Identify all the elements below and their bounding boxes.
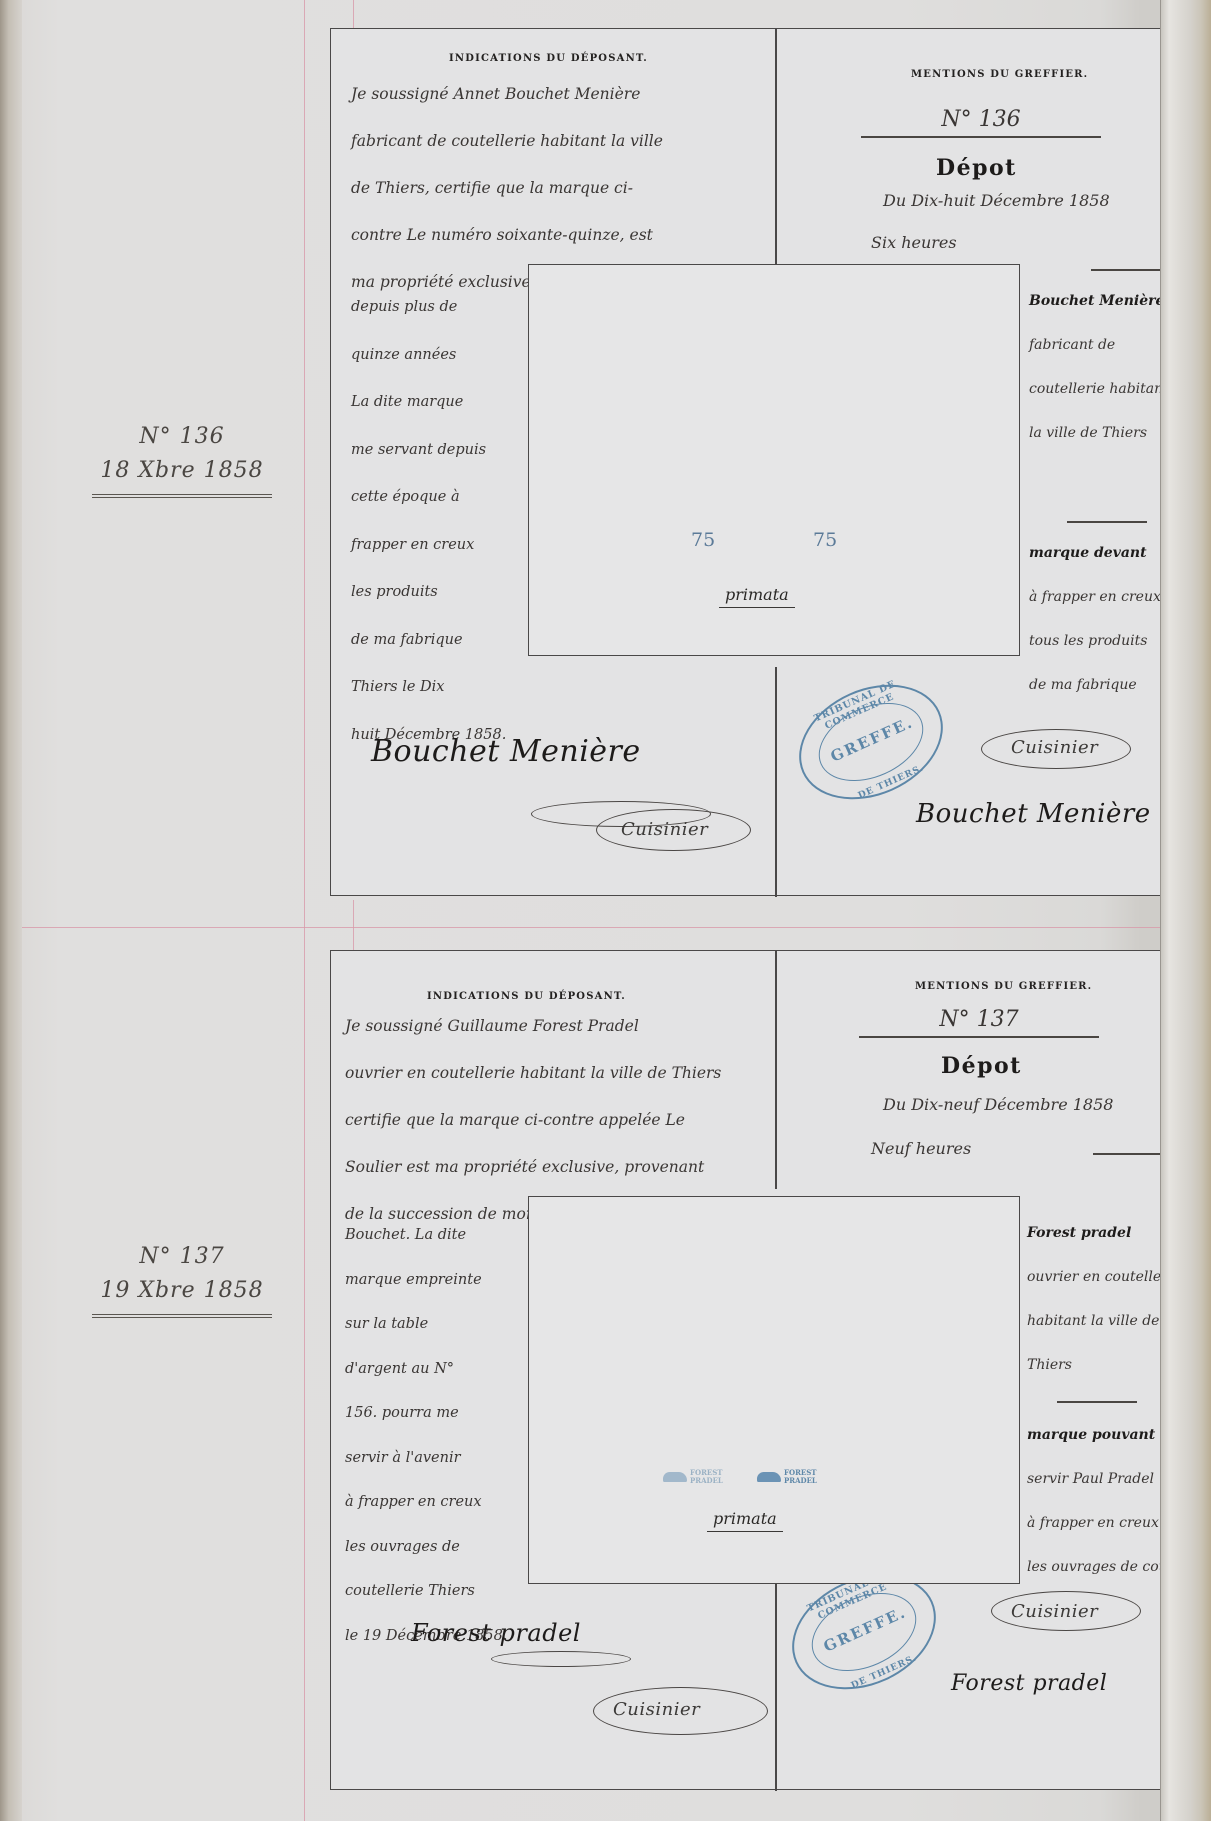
greffier-depositor-note: Bouchet Menière fabricant de coutellerie… [1029, 279, 1169, 455]
trademark-impression-box-137: FOREST PRADEL FOREST PRADEL primata [528, 1196, 1020, 1584]
mark-stamp-number: 75 [691, 529, 715, 551]
depositant-text-narrow: depuis plus de quinze années La dite mar… [351, 284, 506, 759]
depositor-signature: Bouchet Menière [371, 734, 641, 769]
depositant-heading: INDICATIONS DU DÉPOSANT. [449, 53, 648, 64]
margin-ref-date: 19 Xbre 1858 [92, 1274, 272, 1308]
shoe-icon [663, 1472, 687, 1482]
margin-ref-number: N° 136 [92, 420, 272, 454]
greffier-depositor-signature: Bouchet Menière [916, 799, 1151, 829]
ruled-line [1057, 1401, 1137, 1403]
register-page: N° 136 18 Xbre 1858 INDICATIONS DU DÉPOS… [0, 0, 1211, 1821]
greffier-depositor-note: Forest pradel ouvrier en coutellerie hab… [1027, 1211, 1181, 1387]
depositor-signature: Forest pradel [411, 1619, 581, 1647]
depot-time: Six heures [871, 219, 957, 266]
clerk-signature-flourish [593, 1687, 768, 1735]
greffier-entry-number: N° 137 [859, 1007, 1099, 1038]
greffe-stamp: TRIBUNAL DE COMMERCE GREFFE. DE THIERS. [781, 663, 961, 821]
ruled-line [1067, 521, 1147, 523]
greffier-entry-number: N° 136 [861, 107, 1101, 138]
margin-reference-entry-137: N° 137 19 Xbre 1858 [92, 1240, 272, 1318]
page-edges-right [1160, 0, 1211, 1821]
column-divider [775, 1573, 777, 1791]
depositant-text-narrow: Bouchet. La dite marque empreinte sur la… [345, 1213, 507, 1658]
greffier-heading: MENTIONS DU GREFFIER. [911, 69, 1088, 80]
clerk-signature-flourish [596, 809, 751, 851]
entry-separator-line [22, 927, 1162, 928]
double-underline [92, 494, 272, 498]
shoe-icon [757, 1472, 781, 1482]
shoe-mark-stamp: FOREST PRADEL [663, 1469, 730, 1485]
clerk-signature-flourish [991, 1591, 1141, 1631]
greffier-usage-note: marque devant à frapper en creux tous le… [1029, 531, 1161, 707]
depositant-heading: INDICATIONS DU DÉPOSANT. [427, 991, 626, 1002]
margin-ref-number: N° 137 [92, 1240, 272, 1274]
mark-stamp-number: 75 [813, 529, 837, 551]
margin-reference-entry-136: N° 136 18 Xbre 1858 [92, 420, 272, 498]
mark-caption: primata [707, 1509, 783, 1532]
trademark-impression-box-136: 75 75 primata [528, 264, 1020, 656]
column-divider [775, 29, 777, 264]
shoe-mark-stamp: FOREST PRADEL [757, 1469, 824, 1485]
depot-date: Du Dix-huit Décembre 1858 [883, 177, 1110, 224]
mark-caption: primata [719, 585, 795, 608]
margin-ruling-line [353, 900, 354, 950]
signature-flourish [491, 1651, 631, 1667]
greffier-heading: MENTIONS DU GREFFIER. [915, 981, 1092, 992]
margin-ref-date: 18 Xbre 1858 [92, 454, 272, 488]
depot-date: Du Dix-neuf Décembre 1858 [883, 1081, 1113, 1128]
depot-time: Neuf heures [871, 1125, 971, 1172]
book-binding-edge [0, 0, 22, 1821]
clerk-signature-flourish [981, 729, 1131, 769]
margin-ruling-line [304, 0, 305, 1821]
column-divider [775, 951, 777, 1189]
column-divider [775, 667, 777, 897]
greffier-depositor-signature: Forest pradel [951, 1671, 1107, 1696]
ruled-line [1091, 269, 1171, 271]
double-underline [92, 1314, 272, 1318]
depot-label: Dépot [941, 1053, 1022, 1079]
